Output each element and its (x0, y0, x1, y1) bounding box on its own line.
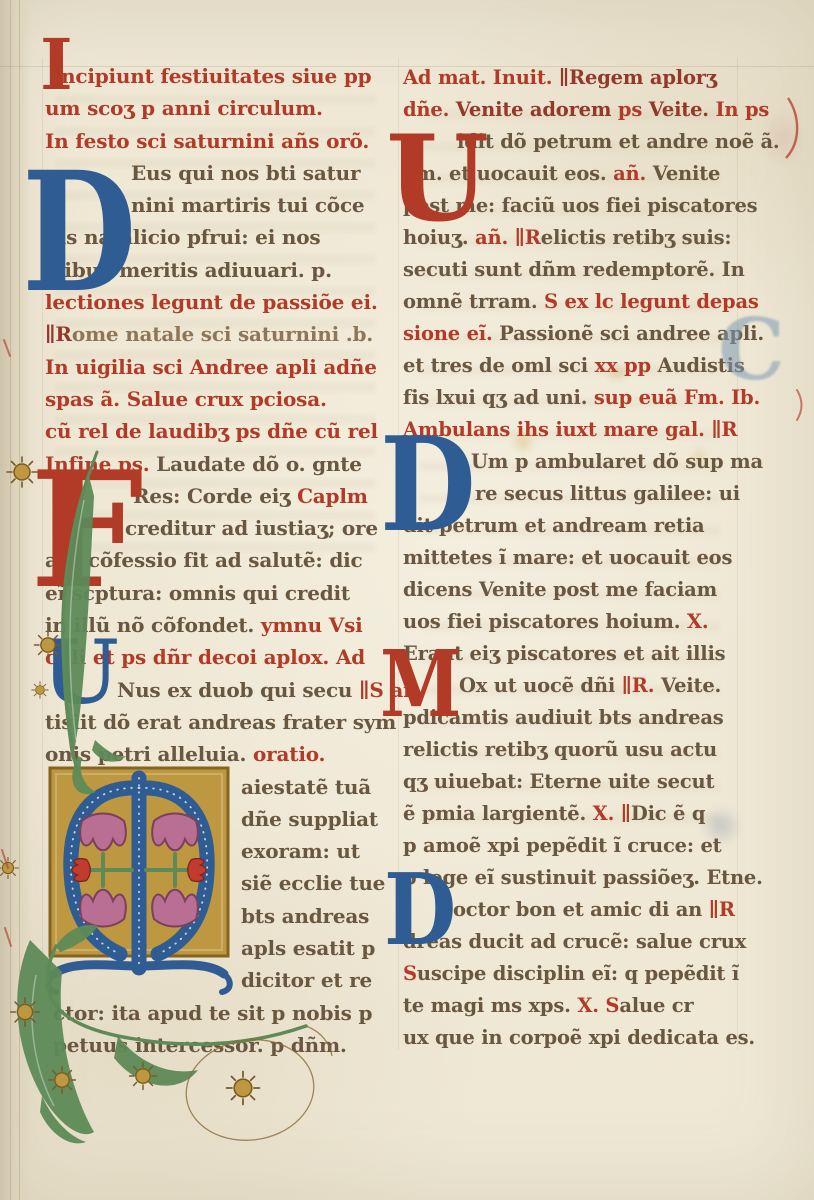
text-line: creditur ad iustiaʒ; ore (45, 512, 393, 544)
text-line: exoram: ut (45, 835, 393, 867)
text-column-right: Ad mat. Inuit. ∥Regem aplorʒdñe. Venite … (403, 62, 739, 1054)
text-line: mittetes ĩ mare: et uocauit eos (403, 542, 739, 574)
text-segment: re secus littus galilee: ui (475, 482, 740, 505)
text-line: in illũ nõ cõfondet. ymnu Vsi (45, 609, 393, 641)
text-segment: ctor: ita apud te sit p nobis p (53, 1001, 372, 1025)
text-segment: secuti sunt dñm redemptorẽ. In (403, 258, 745, 281)
text-line: nini martiris tui cõce (45, 189, 393, 221)
text-line: Ox ut uocẽ dñi ∥R. Veite. (403, 670, 739, 702)
text-segment: añ. (613, 162, 653, 185)
text-segment: apls esatit p (241, 936, 375, 960)
text-segment: ∥Regem aplorʒ (559, 66, 717, 89)
text-line: dñe suppliat (45, 803, 393, 835)
text-segment: uos fiei piscatores hoium. (403, 610, 687, 633)
text-line: bts andreas (45, 900, 393, 932)
text-line: qʒ uiuebat: Eterne uite secut (403, 766, 739, 798)
text-segment: añ. ∥R (475, 226, 541, 249)
text-line: Ambulans ihs iuxt mare gal. ∥R (403, 414, 739, 446)
text-segment: aut cõfessio fit ad salutẽ: dic (45, 548, 363, 572)
text-segment: Dic ẽ q (631, 802, 705, 825)
text-line: dis natalicio pfrui: ei nos (45, 221, 393, 253)
text-segment: tisiit dõ erat andreas frater sym (45, 710, 396, 734)
text-segment: Nus ex duob qui secu (117, 678, 359, 702)
text-line: In uigilia sci Andree apli adñe (45, 351, 393, 383)
text-segment: ome natale sci saturnini .b. (72, 322, 373, 346)
text-segment: In uigilia sci Andree apli adñe (45, 355, 377, 379)
text-line: eĩ scptura: omnis qui credit (45, 577, 393, 609)
page-edge-line (10, 0, 11, 1200)
text-segment: ẽ pmia largientẽ. (403, 802, 593, 825)
ruling-line-vertical (42, 58, 43, 1050)
text-segment: dicens Venite post me faciam (403, 578, 717, 601)
text-line: petuus intercessor. p dñm. (45, 1029, 393, 1061)
gold-besant (49, 1067, 76, 1094)
text-line: um scoʒ p anni circulum. (45, 92, 393, 124)
text-line: dicitor et re (45, 964, 393, 996)
text-segment: Laudate dõ o. gnte (156, 452, 362, 476)
text-line: onis petri alleluia. oratio. (45, 738, 393, 770)
text-segment: dñe suppliat (241, 807, 378, 831)
text-segment: petuus intercessor. p dñm. (53, 1033, 347, 1057)
text-line: lectiones legunt de passiõe ei. (45, 286, 393, 318)
text-segment: X. S (577, 994, 619, 1017)
text-segment: In ps (715, 98, 769, 121)
gold-besant (227, 1072, 260, 1105)
text-line: p lege eĩ sustinuit passiõeʒ. Etne. (403, 862, 739, 894)
text-line: et tres de oml sci xx pp Audistis (403, 350, 739, 382)
text-segment: culi et ps dñr decoi aplox. Ad (45, 645, 365, 669)
text-segment: omnẽ trram. (403, 290, 544, 313)
text-segment: Venite adorem (456, 98, 618, 121)
text-line: Erant eiʒ piscatores et ait illis (403, 638, 739, 670)
text-segment: ∥R (45, 322, 72, 346)
text-line: te magi ms xps. X. Salue cr (403, 990, 739, 1022)
text-line: idit dõ petrum et andre noẽ ã. (403, 126, 739, 158)
text-segment: elictis retibʒ suis: (541, 226, 732, 249)
text-line: ux que in corpoẽ xpi dedicata es. (403, 1022, 739, 1054)
text-line: Res: Corde eiʒ Caplm (45, 480, 393, 512)
text-segment: te magi ms xps. (403, 994, 577, 1017)
text-line: secuti sunt dñm redemptorẽ. In (403, 254, 739, 286)
text-segment: alue cr (619, 994, 693, 1017)
text-segment: xx pp (595, 354, 658, 377)
text-segment: in illũ nõ cõfondet. (45, 613, 261, 637)
text-line: culi et ps dñr decoi aplox. Ad (45, 641, 393, 673)
text-segment: dit petrum et andream retia (403, 514, 704, 537)
text-line: sione eĩ. Passionẽ sci andree apli. (403, 318, 739, 350)
text-segment: am. et uocauit eos. (403, 162, 613, 185)
text-segment: p lege eĩ sustinuit passiõeʒ. Etne. (403, 866, 763, 889)
text-line: p amoẽ xpi pepẽdit ĩ cruce: et (403, 830, 739, 862)
text-column-left: ncipiunt festiuitates siue ppum scoʒ p a… (45, 60, 393, 1061)
text-segment: bts andreas (241, 904, 369, 928)
text-segment: uscipe disciplin eĩ: q pepẽdit ĩ (417, 962, 739, 985)
text-line: octor bon et amic di an ∥R (403, 894, 739, 926)
text-segment: Veite. (649, 98, 716, 121)
text-line: ẽ pmia largientẽ. X. ∥Dic ẽ q (403, 798, 739, 830)
text-line: dreas ducit ad crucẽ: salue crux (403, 926, 739, 958)
text-segment: Ad mat. Inuit. (403, 66, 559, 89)
text-segment: dreas ducit ad crucẽ: salue crux (403, 930, 746, 953)
text-segment: Um p ambularet dõ sup ma (471, 450, 763, 473)
text-line: tribue meritis adiuuari. p. (45, 254, 393, 286)
text-segment: X. (687, 610, 709, 633)
text-segment: eĩ scptura: omnis qui credit (45, 581, 350, 605)
text-segment: In festo sci saturnini añs orõ. (45, 129, 369, 153)
text-line: dñe. Venite adorem ps Veite. In ps (403, 94, 739, 126)
text-line: Eus qui nos bti satur (45, 157, 393, 189)
text-segment: Erant eiʒ piscatores et ait illis (403, 642, 725, 665)
text-line: apls esatit p (45, 932, 393, 964)
text-segment: ∥R (709, 898, 735, 921)
text-segment: creditur ad iustiaʒ; ore (125, 516, 378, 540)
text-segment: spas ã. Salue crux pciosa. (45, 387, 327, 411)
text-segment: Eus qui nos bti satur (131, 161, 360, 185)
text-line: ∥Rome natale sci saturnini .b. (45, 318, 393, 350)
text-segment: onis petri alleluia. (45, 742, 253, 766)
text-line: aut cõfessio fit ad salutẽ: dic (45, 544, 393, 576)
text-segment: sione eĩ. (403, 322, 499, 345)
text-segment: Venite (653, 162, 721, 185)
text-line: Infine ps. Laudate dõ o. gnte (45, 448, 393, 480)
text-segment: dñe. (403, 98, 456, 121)
text-segment: hoiuʒ. (403, 226, 475, 249)
text-line: am. et uocauit eos. añ. Venite (403, 158, 739, 190)
margin-guide-letter: C (718, 308, 785, 392)
text-line: post me: faciũ uos fiei piscatores (403, 190, 739, 222)
text-line: aiestatẽ tuã (45, 771, 393, 803)
text-line: dicens Venite post me faciam (403, 574, 739, 606)
text-segment: Veite. (661, 674, 721, 697)
text-segment: ps (618, 98, 649, 121)
text-line: ctor: ita apud te sit p nobis p (45, 997, 393, 1029)
text-segment: mittetes ĩ mare: et uocauit eos (403, 546, 732, 569)
text-segment: relictis retibʒ quorũ usu actu (403, 738, 717, 761)
text-segment: pdicamtis audiuit bts andreas (403, 706, 724, 729)
text-segment: Caplm (297, 484, 368, 508)
text-line: siẽ ecclie tue (45, 867, 393, 899)
text-line: Nus ex duob qui secu ∥S añ. (45, 674, 393, 706)
page-edge-line (19, 0, 20, 1200)
text-line: relictis retibʒ quorũ usu actu (403, 734, 739, 766)
text-line: uos fiei piscatores hoium. X. (403, 606, 739, 638)
book-gutter-edge (0, 0, 32, 1200)
text-segment: um scoʒ p anni circulum. (45, 96, 323, 120)
text-line: cũ rel de laudibʒ ps dñe cũ rel (45, 415, 393, 447)
red-margin-flourish (786, 98, 797, 158)
text-line: pdicamtis audiuit bts andreas (403, 702, 739, 734)
text-segment: qʒ uiuebat: Eterne uite secut (403, 770, 714, 793)
text-line: ncipiunt festiuitates siue pp (45, 60, 393, 92)
text-segment: dicitor et re (241, 968, 372, 992)
text-segment: aiestatẽ tuã (241, 775, 371, 799)
text-segment: siẽ ecclie tue (241, 871, 385, 895)
text-segment: X. ∥ (593, 802, 631, 825)
text-segment: et tres de oml sci (403, 354, 595, 377)
text-segment: tribue meritis adiuuari. p. (45, 258, 332, 282)
text-segment: ∥R. (622, 674, 661, 697)
gold-besant (130, 1063, 157, 1090)
text-segment: lectiones legunt de passiõe ei. (45, 290, 378, 314)
text-line: In festo sci saturnini añs orõ. (45, 125, 393, 157)
text-segment: Res: Corde eiʒ (133, 484, 297, 508)
text-line: dit petrum et andream retia (403, 510, 739, 542)
text-segment: p amoẽ xpi pepẽdit ĩ cruce: et (403, 834, 721, 857)
text-line: fis lxui qʒ ad uni. sup euã Fm. Ib. (403, 382, 739, 414)
text-segment: post me: faciũ uos fiei piscatores (403, 194, 757, 217)
text-segment: exoram: ut (241, 839, 360, 863)
text-segment: octor bon et amic di an (453, 898, 709, 921)
ruling-line-vertical (398, 58, 399, 1050)
text-segment: Infine ps. (45, 452, 156, 476)
text-line: Suscipe disciplin eĩ: q pepẽdit ĩ (403, 958, 739, 990)
text-segment: oratio. (253, 742, 325, 766)
text-segment: ncipiunt festiuitates siue pp (61, 64, 371, 88)
text-segment: nini martiris tui cõce (131, 193, 364, 217)
manuscript-page: ncipiunt festiuitates siue ppum scoʒ p a… (0, 0, 814, 1200)
text-segment: fis lxui qʒ ad uni. (403, 386, 594, 409)
text-line: omnẽ trram. S ex lc legunt depas (403, 286, 739, 318)
text-segment: Ambulans ihs iuxt mare gal. ∥R (403, 418, 737, 441)
text-segment: dis natalicio pfrui: ei nos (45, 225, 320, 249)
text-line: tisiit dõ erat andreas frater sym (45, 706, 393, 738)
text-line: hoiuʒ. añ. ∥Relictis retibʒ suis: (403, 222, 739, 254)
text-line: spas ã. Salue crux pciosa. (45, 383, 393, 415)
text-segment: ux que in corpoẽ xpi dedicata es. (403, 1026, 755, 1049)
text-line: Um p ambularet dõ sup ma (403, 446, 739, 478)
text-segment: cũ rel de laudibʒ ps dñe cũ rel (45, 419, 378, 443)
text-segment: ymnu Vsi (261, 613, 363, 637)
text-line: Ad mat. Inuit. ∥Regem aplorʒ (403, 62, 739, 94)
text-segment: idit dõ petrum et andre noẽ ã. (457, 130, 780, 153)
text-line: re secus littus galilee: ui (403, 478, 739, 510)
text-segment: S (403, 962, 417, 985)
text-segment: Ox ut uocẽ dñi (459, 674, 622, 697)
